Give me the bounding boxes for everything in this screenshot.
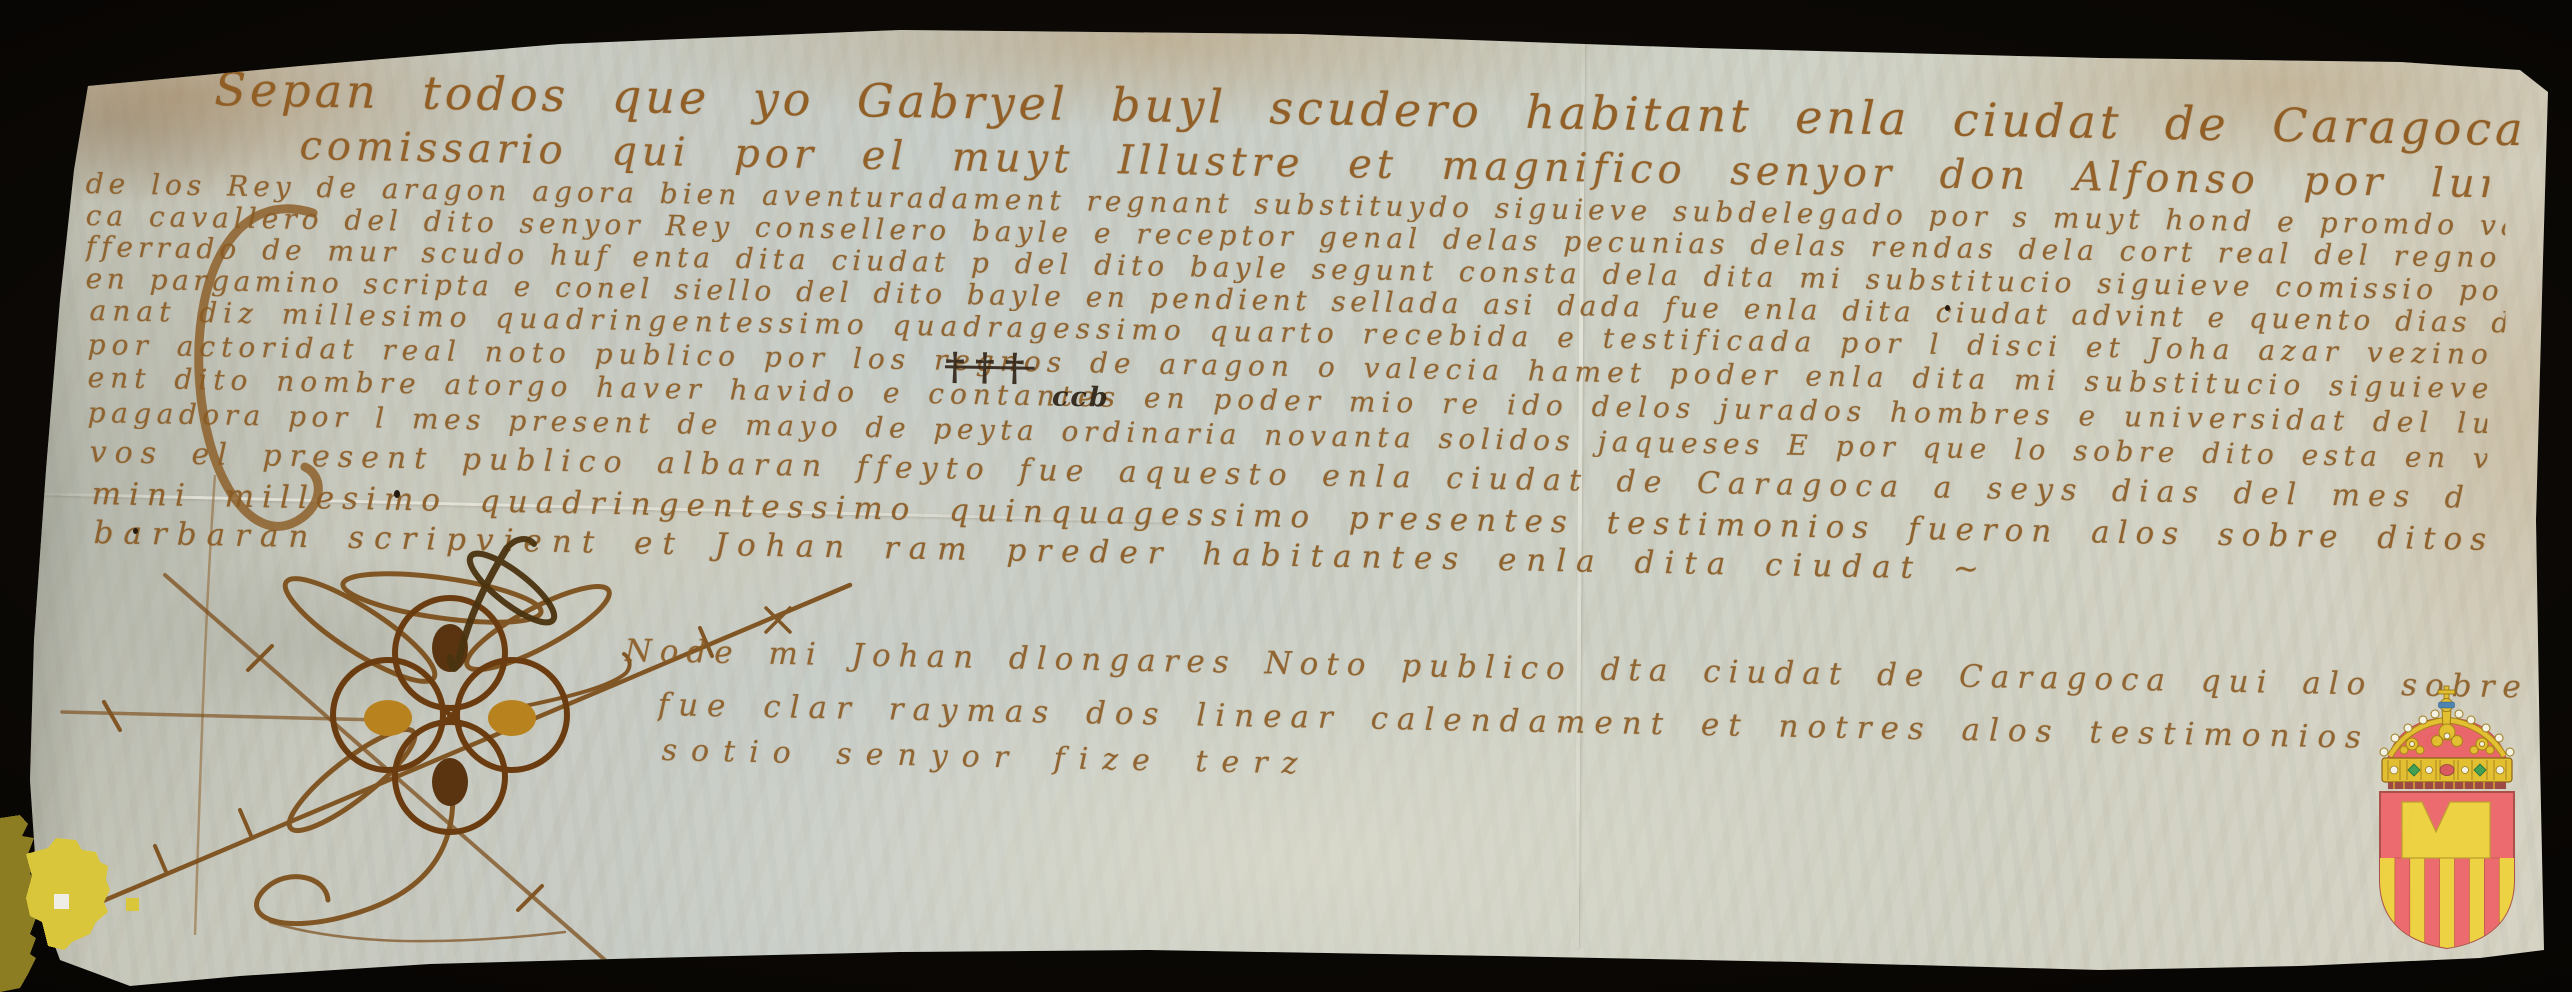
- cancellation-strokes: †††: [945, 343, 1035, 390]
- shield: [2380, 792, 2514, 950]
- archival-photo-stage: Sepan todos que yo Gabryel buyl scudero …: [0, 0, 2572, 992]
- ink-speck: [394, 490, 400, 498]
- chief-notch-band: [2402, 802, 2490, 858]
- signum-quatrefoil: [333, 598, 567, 832]
- yellow-pixel-patch-icon: [0, 810, 170, 992]
- notarial-signum-icon: [60, 480, 960, 992]
- ink-speck: [1945, 305, 1950, 311]
- crown-icon: [2380, 686, 2514, 789]
- pallets-of-aragon: [2380, 858, 2514, 950]
- coat-of-arms-overlay: [2374, 684, 2520, 962]
- ink-speck: [133, 528, 138, 534]
- cancellation-letters: ccb: [1052, 381, 1110, 413]
- parchment-sheet: Sepan todos que yo Gabryel buyl scudero …: [0, 0, 2572, 992]
